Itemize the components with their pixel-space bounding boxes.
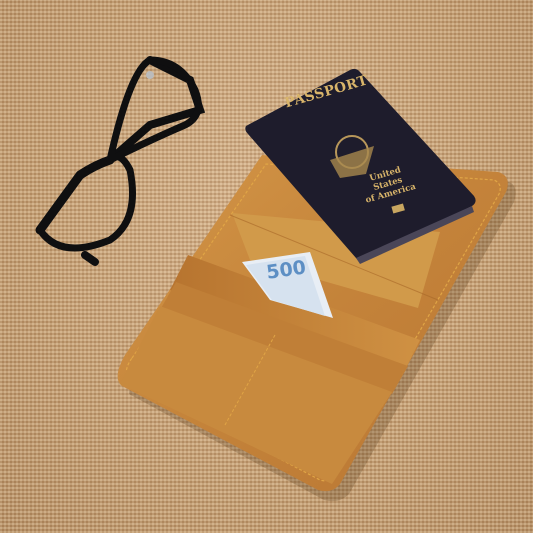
eyeglasses — [40, 60, 200, 262]
product-photo: PASSPORT United States of America 500 — [0, 0, 533, 533]
